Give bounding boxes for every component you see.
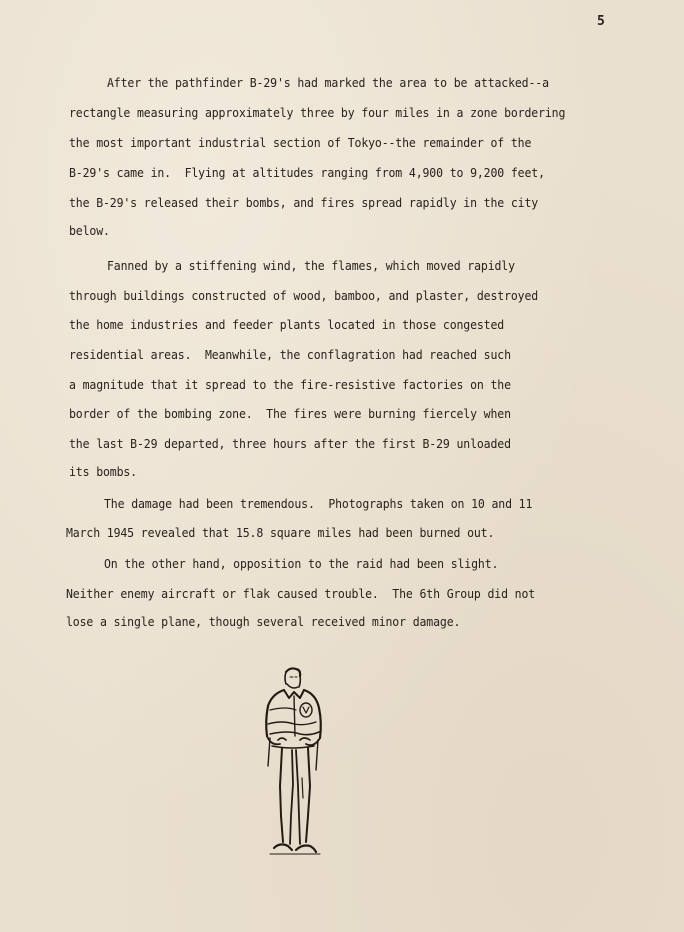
paragraph-2-line-4: residential areas. Meanwhile, the confla… (69, 347, 511, 363)
paragraph-4-line-1: On the other hand, opposition to the rai… (104, 556, 498, 572)
paragraph-1-line-1: After the pathfinder B-29's had marked t… (107, 75, 549, 91)
paragraph-4-line-3: lose a single plane, though several rece… (66, 614, 460, 630)
paragraph-2-line-6: border of the bombing zone. The fires we… (69, 406, 511, 422)
page-number: 5 (597, 14, 605, 29)
paragraph-1-line-6: below. (69, 223, 110, 239)
paragraph-1-line-3: the most important industrial section of… (69, 135, 531, 151)
paragraph-2-line-3: the home industries and feeder plants lo… (69, 317, 504, 333)
paragraph-1-line-4: B-29's came in. Flying at altitudes rang… (69, 165, 545, 181)
paragraph-4-line-2: Neither enemy aircraft or flak caused tr… (66, 586, 535, 602)
paragraph-2-line-1: Fanned by a stiffening wind, the flames,… (107, 258, 515, 274)
paragraph-2-line-2: through buildings constructed of wood, b… (69, 288, 538, 304)
paragraph-3-line-2: March 1945 revealed that 15.8 square mil… (66, 525, 494, 541)
paragraph-2-line-8: its bombs. (69, 464, 137, 480)
paragraph-2-line-5: a magnitude that it spread to the fire-r… (69, 377, 511, 393)
paragraph-1-line-2: rectangle measuring approximately three … (69, 105, 565, 121)
paragraph-2-line-7: the last B-29 departed, three hours afte… (69, 436, 511, 452)
airman-sketch-icon (256, 666, 328, 866)
document-page: 5 After the pathfinder B-29's had marked… (0, 0, 684, 932)
paragraph-3-line-1: The damage had been tremendous. Photogra… (104, 496, 532, 512)
paragraph-1-line-5: the B-29's released their bombs, and fir… (69, 195, 538, 211)
